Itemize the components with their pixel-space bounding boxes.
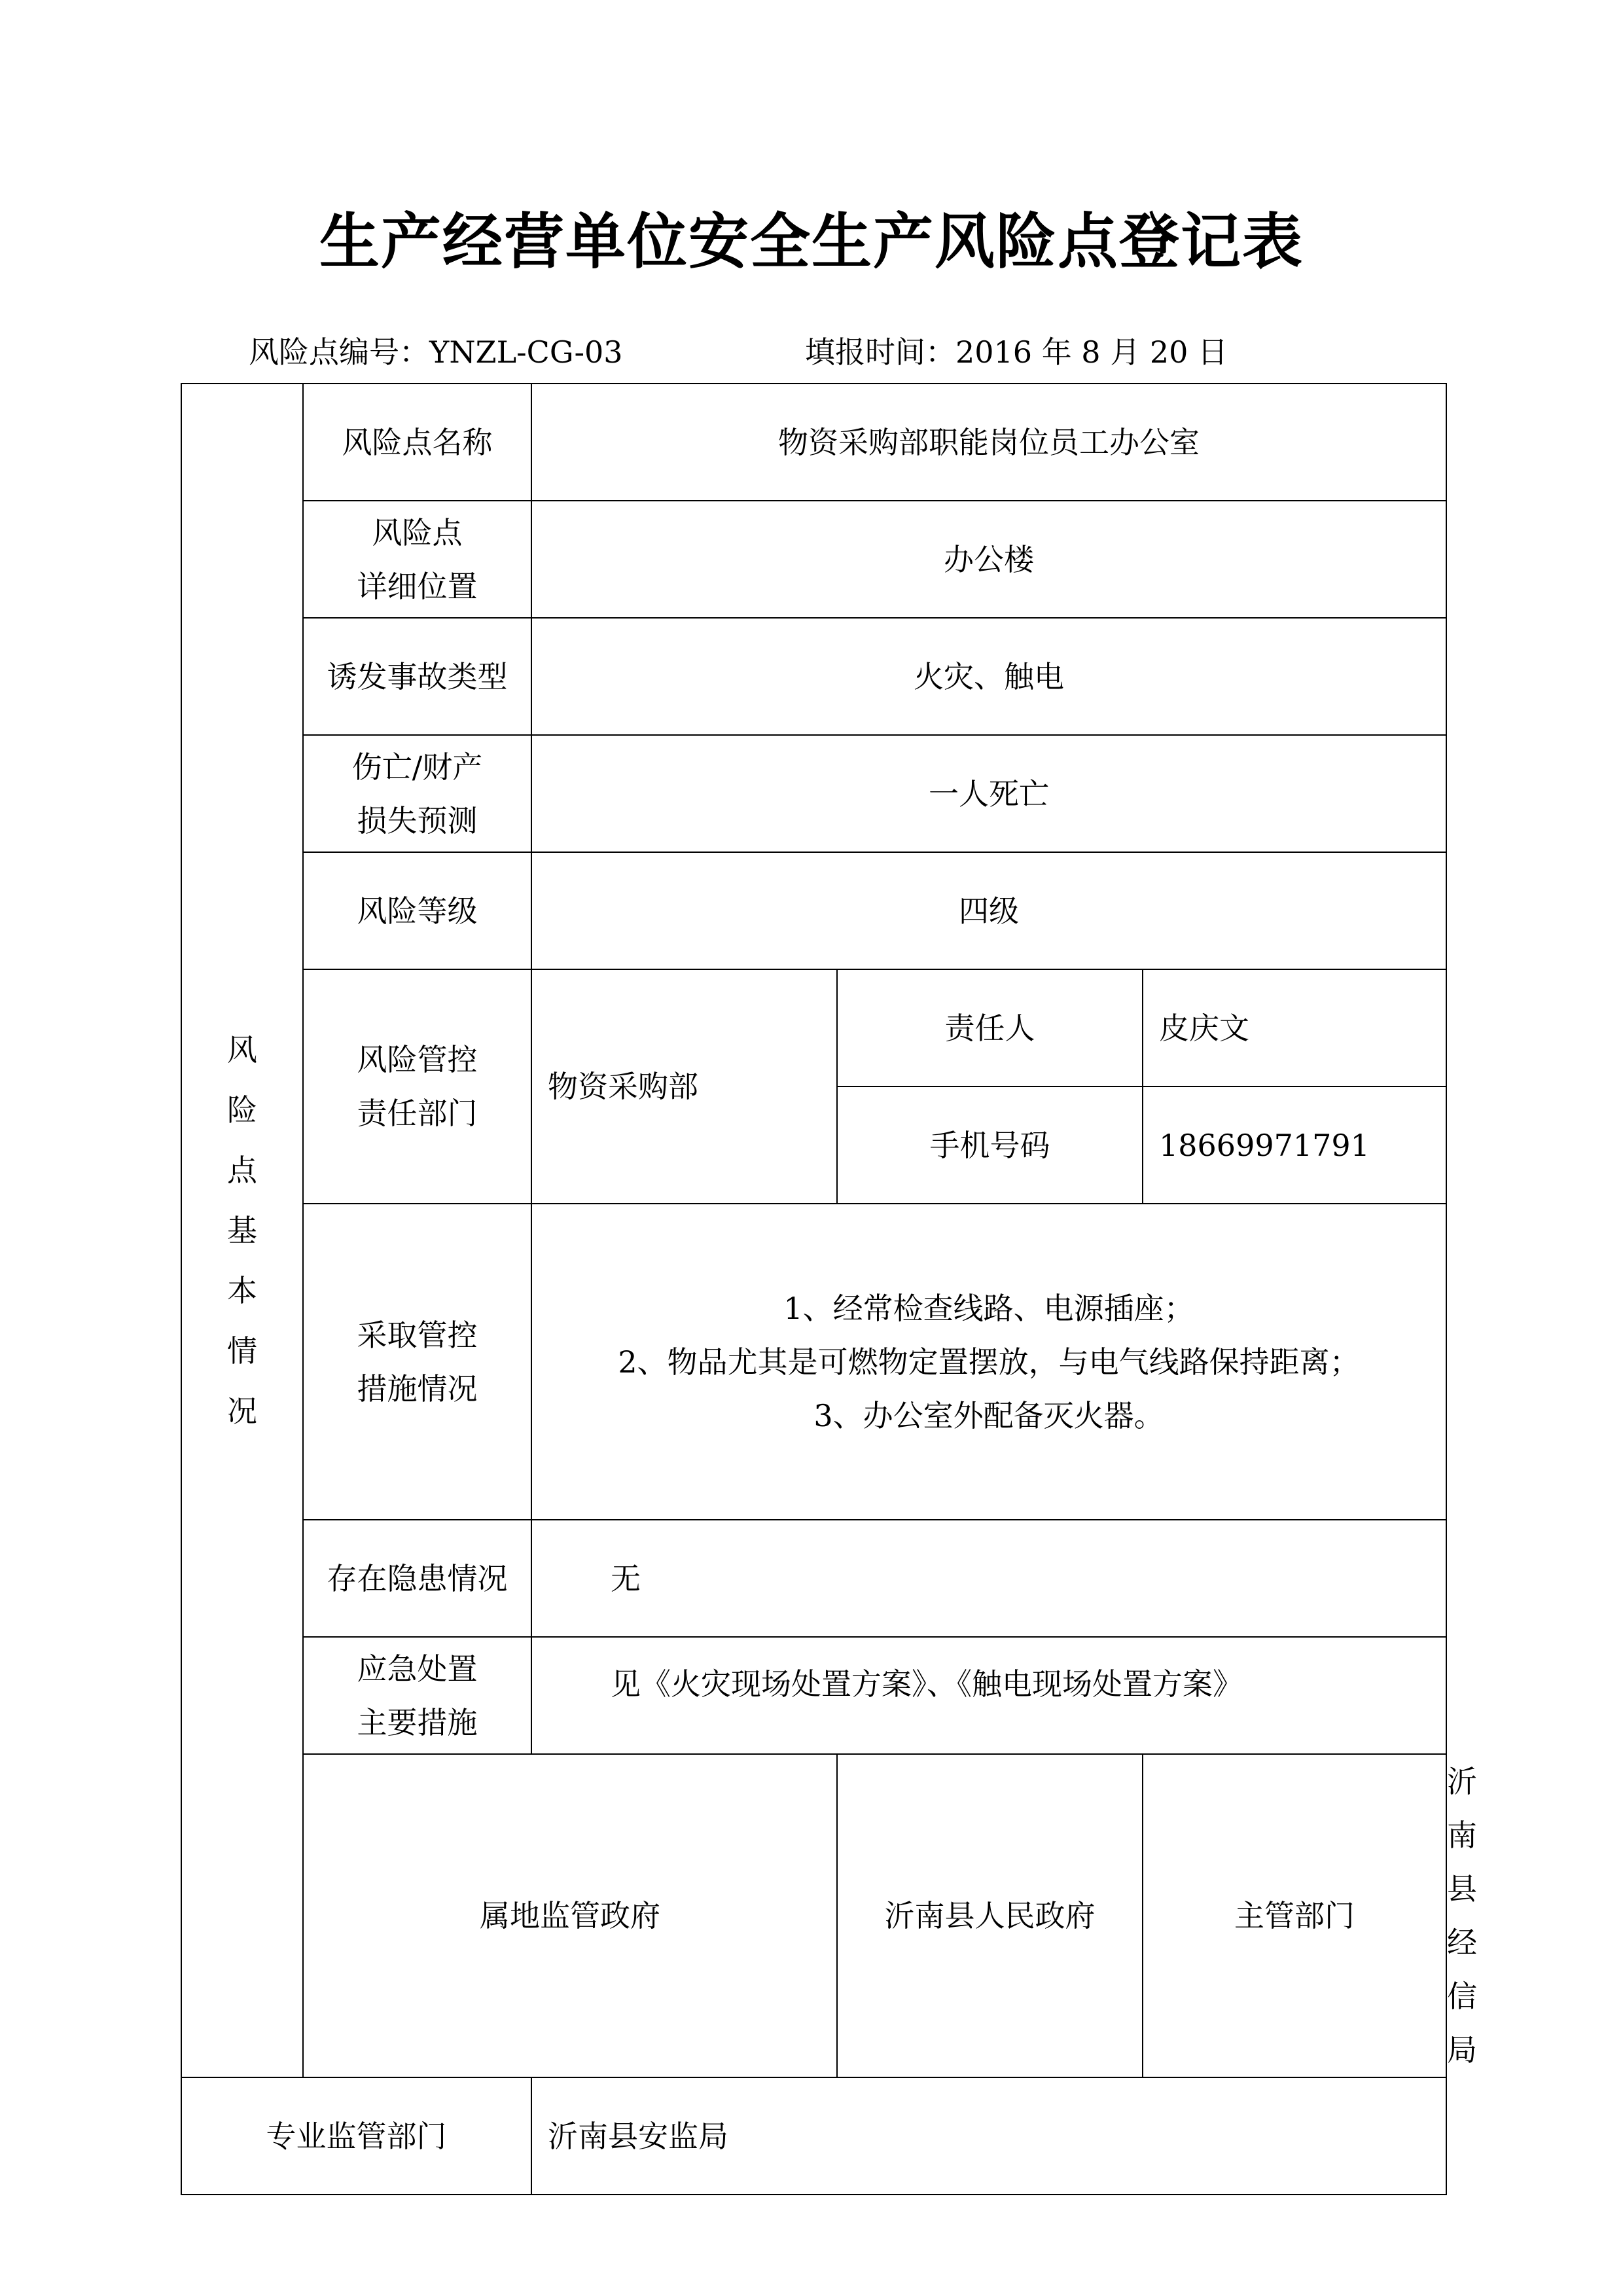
accident-type-value: 火灾、触电 [531, 618, 1446, 735]
risk-level-label: 风险等级 [303, 852, 531, 969]
row-risk-point-name: 风 险 点 基 本 情 况 风险点名称 物资采购部职能岗位员工办公室 [181, 384, 1446, 501]
control-measure-item: 3、办公室外配备灭火器。 [532, 1389, 1446, 1443]
risk-register-table: 风 险 点 基 本 情 况 风险点名称 物资采购部职能岗位员工办公室 风险点 详… [181, 383, 1447, 2195]
professional-dept-value: 沂南县安监局 [531, 2077, 1446, 2195]
professional-dept-label: 专业监管部门 [181, 2077, 531, 2195]
responsible-dept-label: 风险管控 责任部门 [303, 969, 531, 1204]
section-label: 风 险 点 基 本 情 况 [223, 1020, 262, 1441]
control-measure-item: 2、物品尤其是可燃物定置摆放，与电气线路保持距离； [532, 1335, 1446, 1389]
page-title: 生产经营单位安全生产风险点登记表 [0, 203, 1623, 281]
row-professional-dept: 专业监管部门 沂南县安监局 [181, 2077, 1446, 2195]
fill-date: 填报时间：2016 年 8 月 20 日 [805, 332, 1228, 372]
location-label: 风险点 详细位置 [303, 501, 531, 618]
hidden-dangers-label: 存在隐患情况 [303, 1520, 531, 1637]
local-gov-value: 沂南县人民政府 [837, 1754, 1143, 2077]
fill-date-value: 2016 年 8 月 20 日 [955, 334, 1228, 370]
location-value: 办公楼 [531, 501, 1446, 618]
risk-level-value: 四级 [531, 852, 1446, 969]
responsible-dept-value: 物资采购部 [531, 969, 837, 1204]
row-location: 风险点 详细位置 办公楼 [181, 501, 1446, 618]
emergency-label: 应急处置 主要措施 [303, 1637, 531, 1754]
row-hidden-dangers: 存在隐患情况 无 [181, 1520, 1446, 1637]
responsible-person-value: 皮庆文 [1143, 969, 1446, 1086]
local-gov-label: 属地监管政府 [303, 1754, 837, 2077]
phone-value: 18669971791 [1143, 1086, 1446, 1204]
emergency-value: 见《火灾现场处置方案》、《触电现场处置方案》 [531, 1637, 1446, 1754]
loss-forecast-label: 伤亡/财产 损失预测 [303, 735, 531, 852]
risk-point-number: 风险点编号：YNZL-CG-03 [249, 332, 623, 372]
row-emergency: 应急处置 主要措施 见《火灾现场处置方案》、《触电现场处置方案》 [181, 1637, 1446, 1754]
row-loss-forecast: 伤亡/财产 损失预测 一人死亡 [181, 735, 1446, 852]
row-risk-level: 风险等级 四级 [181, 852, 1446, 969]
accident-type-label: 诱发事故类型 [303, 618, 531, 735]
competent-dept-label: 主管部门 [1143, 1754, 1446, 2077]
responsible-person-label: 责任人 [837, 969, 1143, 1086]
control-measure-item: 1、经常检查线路、电源插座； [532, 1282, 1446, 1335]
row-responsible-person: 风险管控 责任部门 物资采购部 责任人 皮庆文 [181, 969, 1446, 1086]
loss-forecast-value: 一人死亡 [531, 735, 1446, 852]
control-measures-label: 采取管控 措施情况 [303, 1204, 531, 1520]
row-control-measures: 采取管控 措施情况 1、经常检查线路、电源插座； 2、物品尤其是可燃物定置摆放，… [181, 1204, 1446, 1520]
risk-point-name-label: 风险点名称 [303, 384, 531, 501]
risk-point-name-value: 物资采购部职能岗位员工办公室 [531, 384, 1446, 501]
row-local-gov: 属地监管政府 沂南县人民政府 主管部门 沂南县经信局 [181, 1754, 1446, 2077]
risk-point-number-value: YNZL-CG-03 [429, 334, 623, 370]
control-measures-list: 1、经常检查线路、电源插座； 2、物品尤其是可燃物定置摆放，与电气线路保持距离；… [531, 1204, 1446, 1520]
row-accident-type: 诱发事故类型 火灾、触电 [181, 618, 1446, 735]
phone-label: 手机号码 [837, 1086, 1143, 1204]
fill-date-label: 填报时间： [805, 334, 955, 370]
hidden-dangers-value: 无 [531, 1520, 1446, 1637]
section-label-cell: 风 险 点 基 本 情 况 [181, 384, 303, 2077]
risk-point-number-label: 风险点编号： [249, 334, 429, 370]
